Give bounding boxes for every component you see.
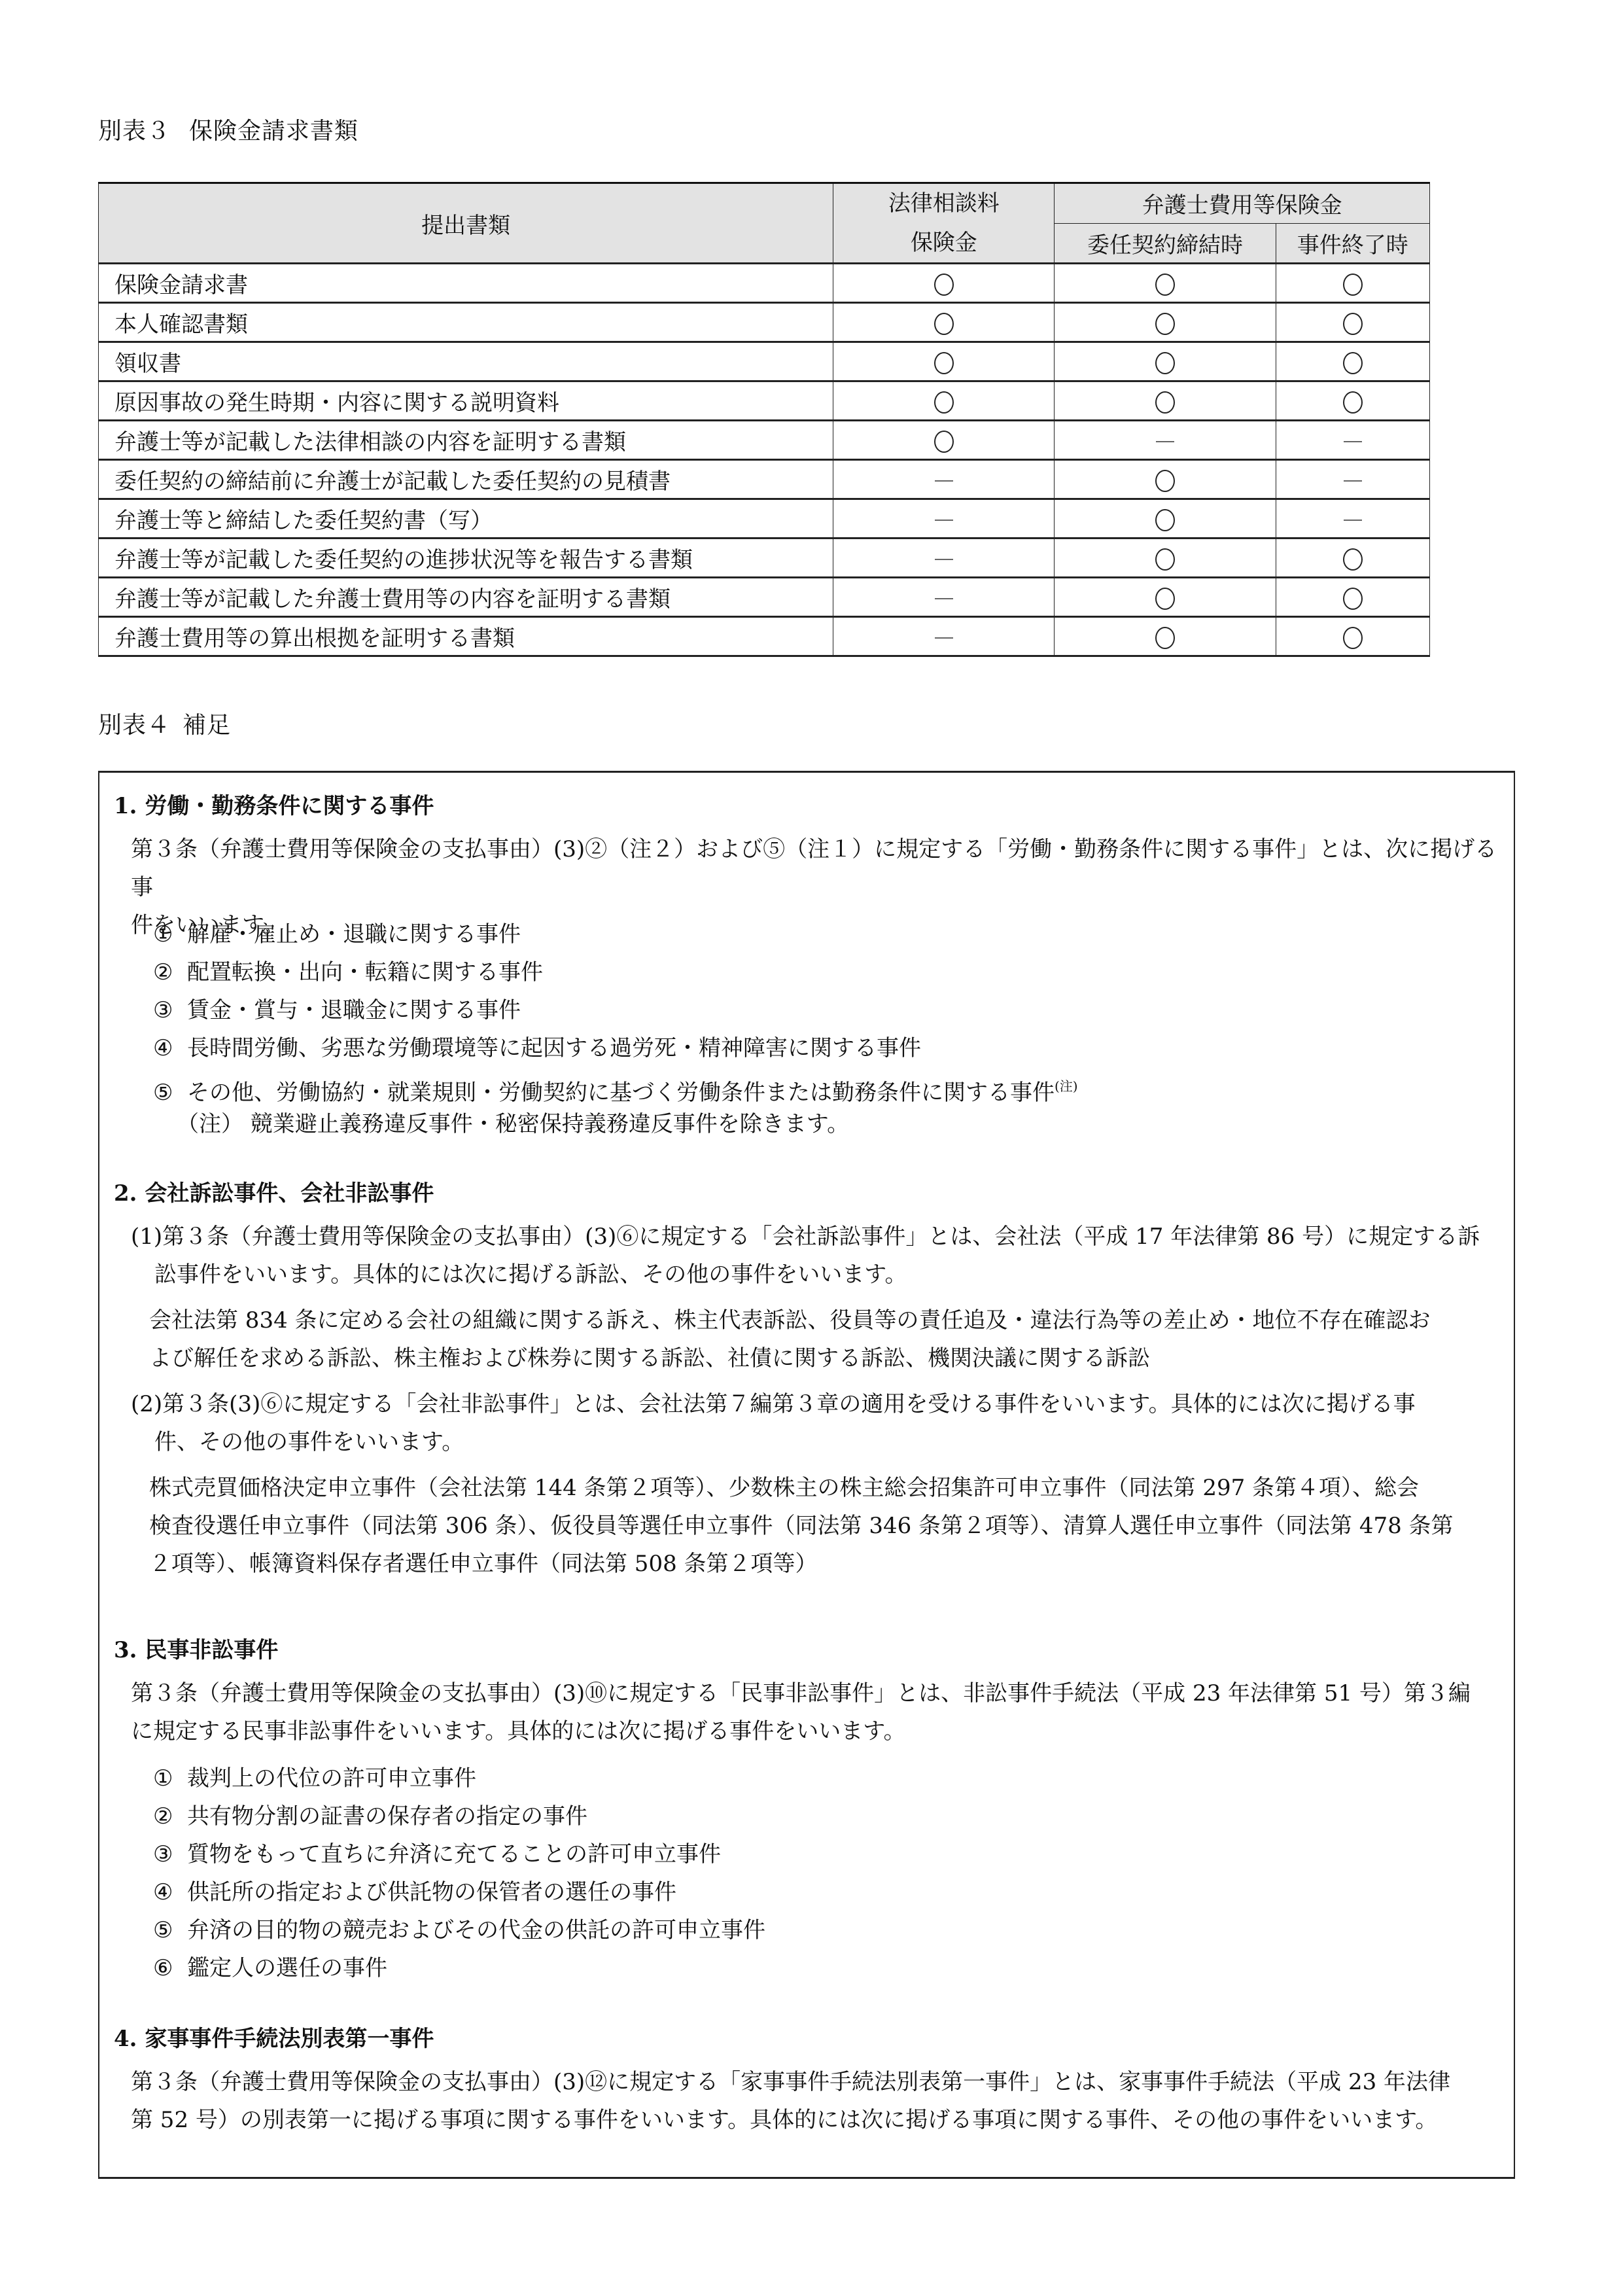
required-circle-icon (934, 391, 954, 414)
cell-end (1276, 421, 1429, 460)
cell-consult (833, 460, 1055, 499)
document-name: 委任契約の締結前に弁護士が記載した委任契約の見積書 (99, 460, 833, 499)
section2-para2-line1: (2)第３条(3)⑥に規定する「会社非訟事件」とは、会社法第７編第３章の適用を受… (131, 1385, 1416, 1423)
section3-title: 3. 民事非訟事件 (114, 1631, 278, 1669)
required-circle-icon (934, 274, 954, 296)
section2-ex1-line1: 会社法第 834 条に定める会社の組織に関する訴え、株主代表訴訟、役員等の責任追… (149, 1301, 1431, 1339)
section3-para-line2: に規定する民事非訟事件をいいます。具体的には次に掲げる事件をいいます。 (131, 1712, 1471, 1750)
header-case-end: 事件終了時 (1276, 223, 1429, 264)
section4-title: 4. 家事事件手続法別表第一事件 (114, 2020, 434, 2058)
table4-heading-title: 補足 (183, 712, 231, 739)
cell-consult (833, 499, 1055, 539)
required-circle-icon (934, 352, 954, 374)
required-circle-icon (1155, 509, 1175, 531)
section1-note: （注） 競業避止義務違反事件・秘密保持義務違反事件を除きます。 (177, 1105, 849, 1143)
section2-para2: (2)第３条(3)⑥に規定する「会社非訟事件」とは、会社法第７編第３章の適用を受… (131, 1385, 1416, 1461)
cell-consult (833, 539, 1055, 578)
section2-para1: (1)第３条（弁護士費用等保険金の支払事由）(3)⑥に規定する「会社訴訟事件」と… (131, 1218, 1480, 1294)
document-name: 弁護士等が記載した委任契約の進捗状況等を報告する書類 (99, 539, 833, 578)
required-circle-icon (1155, 391, 1175, 414)
table-row: 領収書 (99, 342, 1430, 381)
cell-end (1276, 264, 1429, 303)
table-row: 弁護士等が記載した委任契約の進捗状況等を報告する書類 (99, 539, 1430, 578)
document-name: 弁護士等が記載した弁護士費用等の内容を証明する書類 (99, 578, 833, 617)
not-required-dash-icon (935, 480, 953, 482)
cell-end (1276, 303, 1429, 342)
section3-item-3: ③質物をもって直ちに弁済に充てることの許可申立事件 (153, 1835, 721, 1873)
table3-heading-number: 別表３ (98, 118, 171, 145)
required-circle-icon (1155, 588, 1175, 610)
table3-heading: 別表３保険金請求書類 (98, 113, 358, 146)
required-circle-icon (1155, 274, 1175, 296)
required-circle-icon (1155, 627, 1175, 649)
cell-consult (833, 264, 1055, 303)
section2-ex2-line2: 検査役選任申立事件（同法第 306 条）、仮役員等選任申立事件（同法第 346 … (149, 1507, 1454, 1545)
table-row: 委任契約の締結前に弁護士が記載した委任契約の見積書 (99, 460, 1430, 499)
document-name: 本人確認書類 (99, 303, 833, 342)
cell-contract (1055, 342, 1276, 381)
table-row: 本人確認書類 (99, 303, 1430, 342)
section3-item-6: ⑥鑑定人の選任の事件 (153, 1949, 387, 1987)
required-circle-icon (1155, 548, 1175, 571)
document-name: 弁護士等が記載した法律相談の内容を証明する書類 (99, 421, 833, 460)
section2-ex2-line1: 株式売買価格決定申立事件（会社法第 144 条第２項等）、少数株主の株主総会招集… (149, 1469, 1454, 1507)
cell-contract (1055, 303, 1276, 342)
cell-end (1276, 578, 1429, 617)
document-name: 領収書 (99, 342, 833, 381)
section4-para-line2: 第 52 号）の別表第一に掲げる事項に関する事件をいいます。具体的には次に掲げる… (131, 2101, 1450, 2139)
header-consultation-line2: 保険金 (833, 223, 1054, 262)
cell-consult (833, 381, 1055, 421)
cell-end (1276, 617, 1429, 656)
header-consultation-insurance: 法律相談料 保険金 (833, 183, 1055, 264)
section1-para-line1: 第３条（弁護士費用等保険金の支払事由）(3)②（注２）および⑤（注１）に規定する… (131, 830, 1514, 906)
not-required-dash-icon (1344, 441, 1362, 442)
required-circle-icon (934, 431, 954, 453)
cell-consult (833, 617, 1055, 656)
section3-paragraph: 第３条（弁護士費用等保険金の支払事由）(3)⑩に規定する「民事非訟事件」とは、非… (131, 1674, 1471, 1750)
not-required-dash-icon (935, 520, 953, 521)
note-marker: (注) (1055, 1078, 1078, 1094)
section2-para1-line2: 訟事件をいいます。具体的には次に掲げる訴訟、その他の事件をいいます。 (131, 1256, 1480, 1294)
not-required-dash-icon (1156, 441, 1174, 442)
table-row: 保険金請求書 (99, 264, 1430, 303)
required-circle-icon (1343, 352, 1363, 374)
section1-item-3: ③賃金・賞与・退職金に関する事件 (153, 991, 521, 1029)
cell-consult (833, 303, 1055, 342)
table4-heading-number: 別表４ (98, 712, 171, 739)
supplement-box: 1. 労働・勤務条件に関する事件 第３条（弁護士費用等保険金の支払事由）(3)②… (98, 771, 1515, 2179)
cell-end (1276, 342, 1429, 381)
cell-contract (1055, 381, 1276, 421)
not-required-dash-icon (935, 559, 953, 560)
section3-item-5: ⑤弁済の目的物の競売およびその代金の供託の許可申立事件 (153, 1911, 765, 1949)
document-name: 原因事故の発生時期・内容に関する説明資料 (99, 381, 833, 421)
section2-ex1-line2: よび解任を求める訴訟、株主権および株券に関する訴訟、社債に関する訴訟、機関決議に… (149, 1339, 1431, 1377)
cell-end (1276, 499, 1429, 539)
section4-paragraph: 第３条（弁護士費用等保険金の支払事由）(3)⑫に規定する「家事事件手続法別表第一… (131, 2063, 1450, 2139)
section2-para2-line2: 件、その他の事件をいいます。 (131, 1423, 1416, 1461)
cell-contract (1055, 264, 1276, 303)
section2-para2-examples: 株式売買価格決定申立事件（会社法第 144 条第２項等）、少数株主の株主総会招集… (149, 1469, 1454, 1583)
cell-end (1276, 460, 1429, 499)
cell-contract (1055, 499, 1276, 539)
header-document: 提出書類 (99, 183, 833, 264)
document-name: 弁護士等と締結した委任契約書（写） (99, 499, 833, 539)
header-contract-time: 委任契約締結時 (1055, 223, 1276, 264)
not-required-dash-icon (935, 598, 953, 599)
required-circle-icon (1155, 313, 1175, 335)
cell-contract (1055, 539, 1276, 578)
section3-item-2: ②共有物分割の証書の保存者の指定の事件 (153, 1797, 587, 1835)
table-row: 弁護士等が記載した弁護士費用等の内容を証明する書類 (99, 578, 1430, 617)
required-circle-icon (1343, 391, 1363, 414)
section3-item-1: ①裁判上の代位の許可申立事件 (153, 1759, 476, 1797)
required-circle-icon (1343, 627, 1363, 649)
header-lawyer-fee-insurance: 弁護士費用等保険金 (1055, 183, 1430, 224)
section1-item-2: ②配置転換・出向・転籍に関する事件 (153, 953, 543, 991)
cell-consult (833, 342, 1055, 381)
cell-contract (1055, 421, 1276, 460)
section3-item-4: ④供託所の指定および供託物の保管者の選任の事件 (153, 1873, 676, 1911)
section2-ex2-line3: ２項等）、帳簿資料保存者選任申立事件（同法第 508 条第２項等） (149, 1545, 1454, 1583)
section1-item-4: ④長時間労働、劣悪な労働環境等に起因する過労死・精神障害に関する事件 (153, 1029, 921, 1067)
header-consultation-line1: 法律相談料 (833, 184, 1054, 223)
section2-para1-line1: (1)第３条（弁護士費用等保険金の支払事由）(3)⑥に規定する「会社訴訟事件」と… (131, 1218, 1480, 1256)
section1-item-1: ①解雇・雇止め・退職に関する事件 (153, 915, 521, 953)
table3-heading-title: 保険金請求書類 (189, 118, 358, 145)
cell-consult (833, 578, 1055, 617)
required-circle-icon (1343, 548, 1363, 571)
cell-end (1276, 539, 1429, 578)
cell-contract (1055, 578, 1276, 617)
required-circle-icon (1343, 274, 1363, 296)
document-name: 弁護士費用等の算出根拠を証明する書類 (99, 617, 833, 656)
required-circle-icon (1343, 313, 1363, 335)
section2-title: 2. 会社訴訟事件、会社非訟事件 (114, 1174, 434, 1212)
table-row: 原因事故の発生時期・内容に関する説明資料 (99, 381, 1430, 421)
table-row: 弁護士等が記載した法律相談の内容を証明する書類 (99, 421, 1430, 460)
required-circle-icon (1343, 588, 1363, 610)
cell-end (1276, 381, 1429, 421)
required-circle-icon (1155, 352, 1175, 374)
cell-consult (833, 421, 1055, 460)
not-required-dash-icon (935, 637, 953, 639)
cell-contract (1055, 460, 1276, 499)
claim-documents-table: 提出書類 法律相談料 保険金 弁護士費用等保険金 委任契約締結時 事件終了時 保… (98, 182, 1430, 657)
section4-para-line1: 第３条（弁護士費用等保険金の支払事由）(3)⑫に規定する「家事事件手続法別表第一… (131, 2063, 1450, 2101)
table-row: 弁護士費用等の算出根拠を証明する書類 (99, 617, 1430, 656)
document-name: 保険金請求書 (99, 264, 833, 303)
section3-para-line1: 第３条（弁護士費用等保険金の支払事由）(3)⑩に規定する「民事非訟事件」とは、非… (131, 1674, 1471, 1712)
section2-para1-examples: 会社法第 834 条に定める会社の組織に関する訴え、株主代表訴訟、役員等の責任追… (149, 1301, 1431, 1377)
cell-contract (1055, 617, 1276, 656)
section1-title: 1. 労働・勤務条件に関する事件 (114, 787, 434, 825)
required-circle-icon (934, 313, 954, 335)
required-circle-icon (1155, 470, 1175, 492)
not-required-dash-icon (1344, 480, 1362, 482)
not-required-dash-icon (1344, 520, 1362, 521)
table4-heading: 別表４補足 (98, 707, 231, 740)
table-row: 弁護士等と締結した委任契約書（写） (99, 499, 1430, 539)
